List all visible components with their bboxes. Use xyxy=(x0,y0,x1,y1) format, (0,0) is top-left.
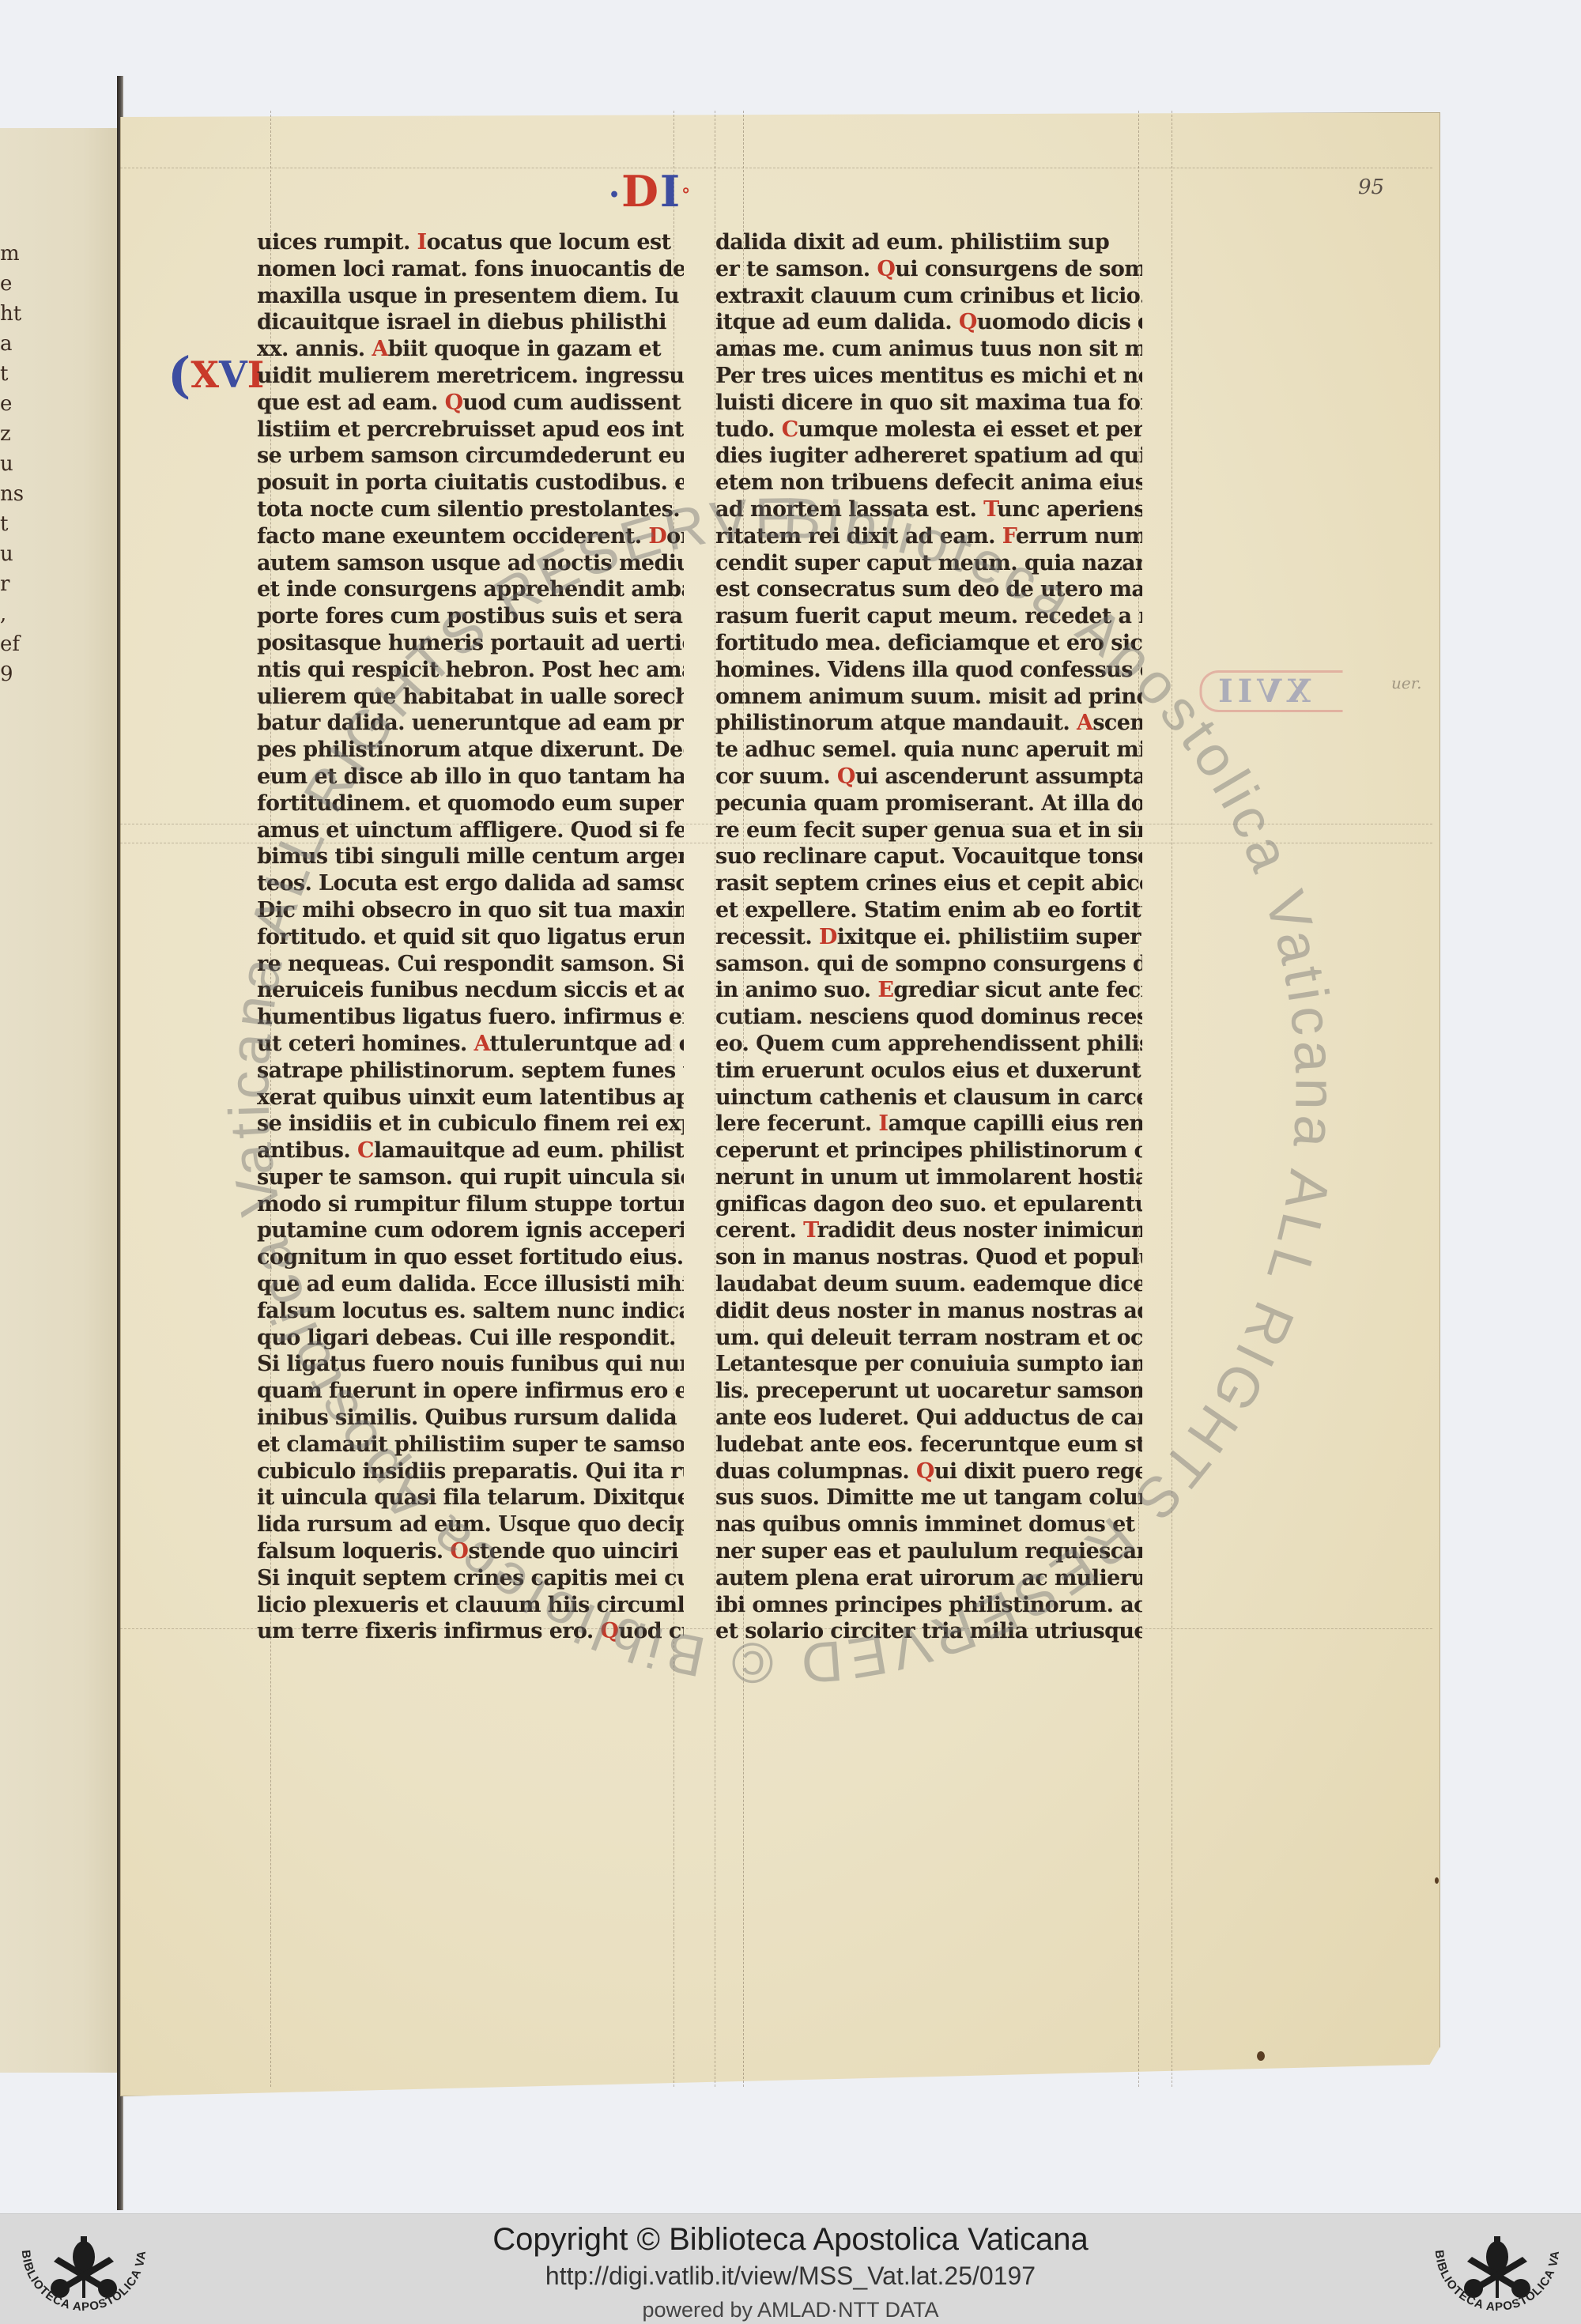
manuscript-line: positasque humeris portauit ad uerticem … xyxy=(257,630,684,657)
rubricated-initial: D xyxy=(648,524,666,549)
manuscript-line: antibus. Clamauitque ad eum. philistiim xyxy=(257,1137,684,1164)
chapter-numeral: V xyxy=(219,353,247,396)
rubricated-initial: Q xyxy=(837,764,855,789)
manuscript-line: Letantesque per conuiuia sumpto iam epu xyxy=(715,1351,1142,1378)
manuscript-line: nomen loci ramat. fons inuocantis de xyxy=(257,256,684,283)
manuscript-line: super te samson. qui rupit uincula sicut… xyxy=(257,1164,684,1191)
manuscript-line: Dic mihi obsecro in quo sit tua maxima xyxy=(257,897,684,924)
manuscript-line: quam fuerunt in opere infirmus ero et al… xyxy=(257,1378,684,1405)
manuscript-line: cor suum. Qui ascenderunt assumpta xyxy=(715,764,1142,790)
manuscript-line: re eum fecit super genua sua et in sinu xyxy=(715,817,1142,844)
ruling-line xyxy=(1172,111,1172,2087)
manuscript-line: re nequeas. Cui respondit samson. Si sep… xyxy=(257,951,684,978)
viewer-footer: BIBLIOTECA APOSTOLICA VATICANA Copyright… xyxy=(0,2213,1581,2324)
text-column-right: dalida dixit ad eum. philistiim super te… xyxy=(715,229,1142,1645)
manuscript-line: sus suos. Dimitte me ut tangam colump xyxy=(715,1485,1142,1511)
rubricated-initial: Q xyxy=(916,1459,934,1484)
permalink-url[interactable]: http://digi.vatlib.it/view/MSS_Vat.lat.2… xyxy=(0,2262,1581,2291)
manuscript-line: falsum loqueris. Ostende quo uinciri deb… xyxy=(257,1538,684,1565)
manuscript-line: que ad eum dalida. Ecce illusisti mihi e… xyxy=(257,1271,684,1298)
manuscript-line: fortitudo mea. deficiamque et ero sicut … xyxy=(715,630,1142,657)
papal-tiara-keys-icon xyxy=(1464,2236,1530,2298)
manuscript-line: lis. preceperunt ut uocaretur samson et xyxy=(715,1378,1142,1405)
manuscript-line: nas quibus omnis imminet domus et recli xyxy=(715,1511,1142,1538)
manuscript-line: nerunt in unum ut immolarent hostias ma xyxy=(715,1164,1142,1191)
manuscript-line: est consecratus sum deo de utero matris … xyxy=(715,576,1142,603)
manuscript-line: pecunia quam promiserant. At illa dormi xyxy=(715,790,1142,817)
manuscript-line: et expellere. Statim enim ab eo fortitud… xyxy=(715,897,1142,924)
manuscript-line: uidit mulierem meretricem. ingressus xyxy=(257,363,684,390)
ink-spot xyxy=(1257,2051,1265,2061)
manuscript-line: posuit in porta ciuitatis custodibus. et… xyxy=(257,470,684,496)
facing-page-edge: m e ht a t e z u ns t u r , ef 9 xyxy=(0,128,119,2073)
manuscript-line: cerent. Tradidit deus noster inimicum no… xyxy=(715,1217,1142,1244)
manuscript-line: autem plena erat uirorum ac mulierum. er… xyxy=(715,1565,1142,1592)
manuscript-line: fortitudinem. et quomodo eum superare ua… xyxy=(257,790,684,817)
manuscript-line: ut ceteri homines. Attuleruntque ad ea xyxy=(257,1031,684,1058)
manuscript-line: Si ligatus fuero nouis funibus qui num xyxy=(257,1351,684,1378)
rubricated-initial: C xyxy=(782,417,798,442)
manuscript-line: er te samson. Qui consurgens de sompno xyxy=(715,256,1142,283)
rubricated-initial: E xyxy=(877,978,893,1002)
manuscript-line: et clamauit philistiim super te samson i… xyxy=(257,1432,684,1458)
running-head-letter: D xyxy=(621,166,660,217)
manuscript-line: ner super eas et paululum requiescam. Do… xyxy=(715,1538,1142,1565)
manuscript-line: uinctum cathenis et clausum in carcere m… xyxy=(715,1085,1142,1111)
manuscript-line: ante eos luderet. Qui adductus de carcer… xyxy=(715,1405,1142,1432)
powered-by-text: powered by AMLAD·NTT DATA xyxy=(0,2298,1581,2322)
manuscript-line: quo ligari debeas. Cui ille respondit. xyxy=(257,1325,684,1352)
rubricated-initial: I xyxy=(878,1111,888,1136)
manuscript-line: et solario circiter tria milia utriusque… xyxy=(715,1618,1142,1645)
manuscript-line: ibi omnes principes philistinorum. ac de… xyxy=(715,1592,1142,1619)
manuscript-line: putamine cum odorem ignis acceperit. et … xyxy=(257,1217,684,1244)
manuscript-line: listiim et percrebruisset apud eos intra xyxy=(257,417,684,443)
manuscript-line: ritatem rei dixit ad eam. Ferrum numquam… xyxy=(715,523,1142,550)
copyright-text: Copyright © Biblioteca Apostolica Vatica… xyxy=(0,2222,1581,2258)
manuscript-line: autem samson usque ad noctis medium xyxy=(257,550,684,577)
manuscript-line: rasit septem crines eius et cepit abicer… xyxy=(715,870,1142,897)
manuscript-line: rasum fuerit caput meum. recedet a me xyxy=(715,603,1142,630)
vatican-library-logo: BIBLIOTECA APOSTOLICA VATICANA xyxy=(1418,2225,1576,2323)
rubricated-initial: Q xyxy=(445,390,463,415)
chapter-numeral: X xyxy=(191,353,219,396)
manuscript-line: philistinorum atque mandauit. Ascendit xyxy=(715,710,1142,737)
manuscript-line: lida rursum ad eum. Usque quo decipis me… xyxy=(257,1511,684,1538)
manuscript-line: Si inquit septem crines capitis mei cum xyxy=(257,1565,684,1592)
rubricated-initial: Q xyxy=(877,257,895,281)
manuscript-line: um. qui deleuit terram nostram et occidi… xyxy=(715,1325,1142,1352)
manuscript-line: laudabat deum suum. eademque dicebat. Tr… xyxy=(715,1271,1142,1298)
rubricated-initial: D xyxy=(819,925,837,949)
manuscript-line: ad mortem lassata est. Tunc aperiens ue xyxy=(715,496,1142,523)
manuscript-line: eum et disce ab illo in quo tantam habea… xyxy=(257,764,684,790)
manuscript-line: inibus similis. Quibus rursum dalida uin… xyxy=(257,1405,684,1432)
manuscript-line: ntis qui respicit hebron. Post hec amaui… xyxy=(257,657,684,684)
manuscript-line: Per tres uices mentitus es michi et no xyxy=(715,363,1142,390)
manuscript-line: omnem animum suum. misit ad principes xyxy=(715,684,1142,711)
manuscript-line: que est ad eam. Quod cum audissent phi xyxy=(257,390,684,417)
manuscript-line: bimus tibi singuli mille centum argen xyxy=(257,843,684,870)
manuscript-line: it uincula quasi fila telarum. Dixitque … xyxy=(257,1485,684,1511)
manuscript-line: recessit. Dixitque ei. philistiim super … xyxy=(715,924,1142,951)
manuscript-line: lere fecerunt. Iamque capilli eius renas… xyxy=(715,1111,1142,1137)
manuscript-line: dalida dixit ad eum. philistiim sup xyxy=(715,229,1142,256)
manuscript-line: ludebat ante eos. feceruntque eum stare … xyxy=(715,1432,1142,1458)
manuscript-line: amus et uinctum affligere. Quod si fecer… xyxy=(257,817,684,844)
rubricated-initial: I xyxy=(417,230,427,255)
manuscript-line: luisti dicere in quo sit maxima tua fort… xyxy=(715,390,1142,417)
manuscript-line: tota nocte cum silentio prestolantes. ut xyxy=(257,496,684,523)
rubricated-initial: T xyxy=(983,497,997,522)
manuscript-line: modo si rumpitur filum stuppe tortum xyxy=(257,1191,684,1218)
ink-spot xyxy=(1435,1877,1439,1884)
rubricated-initial: F xyxy=(1002,524,1016,549)
manuscript-line: cubiculo insidiis preparatis. Qui ita ru… xyxy=(257,1458,684,1485)
manuscript-line: falsum locutus es. saltem nunc indica mi… xyxy=(257,1298,684,1325)
manuscript-line: maxilla usque in presentem diem. Iu xyxy=(257,283,684,310)
manuscript-line: xx. annis. Abiit quoque in gazam et xyxy=(257,336,684,363)
manuscript-line: et inde consurgens apprehendit ambas xyxy=(257,576,684,603)
manuscript-line: neruiceis funibus necdum siccis et adhuc xyxy=(257,977,684,1004)
manuscript-line: etem non tribuens defecit anima eius et … xyxy=(715,470,1142,496)
margin-note: uer. xyxy=(1391,673,1421,692)
text-column-left: uices rumpit. Iocatus que locum estnomen… xyxy=(257,229,684,1645)
manuscript-line: homines. Videns illa quod confessus ei e… xyxy=(715,657,1142,684)
manuscript-line: eo. Quem cum apprehendissent philistiim … xyxy=(715,1031,1142,1058)
rubricated-initial: A xyxy=(372,337,387,361)
manuscript-line: duas columpnas. Qui dixit puero regenti … xyxy=(715,1458,1142,1485)
manuscript-line: humentibus ligatus fuero. infirmus ero xyxy=(257,1004,684,1031)
manuscript-line: pes philistinorum atque dixerunt. Decipe xyxy=(257,737,684,764)
showthrough-chapter-marker: XVII xyxy=(1200,670,1343,712)
manuscript-line: satrape philistinorum. septem funes ut d… xyxy=(257,1058,684,1085)
running-head: •DI° xyxy=(609,166,692,217)
chapter-marker-bracket: ( xyxy=(168,346,191,404)
manuscript-line: ceperunt et principes philistinorum conu… xyxy=(715,1137,1142,1164)
running-head-letter: I xyxy=(660,166,681,217)
manuscript-line: licio plexueris et clauum hiis circumlig… xyxy=(257,1592,684,1619)
manuscript-line: gnificas dagon deo suo. et epularentur d… xyxy=(715,1191,1142,1218)
manuscript-line: porte fores cum postibus suis et sera im xyxy=(257,603,684,630)
manuscript-line: tim eruerunt oculos eius et duxerunt gaz… xyxy=(715,1058,1142,1085)
rubricated-initial: A xyxy=(474,1032,490,1056)
manuscript-line: cendit super caput meum. quia nazareus i… xyxy=(715,550,1142,577)
manuscript-line: uices rumpit. Iocatus que locum est xyxy=(257,229,684,256)
facing-page-text: m e ht a t e z u ns t u r , ef 9 xyxy=(0,239,24,689)
manuscript-line: extraxit clauum cum crinibus et licio. D… xyxy=(715,283,1142,310)
ruling-line xyxy=(120,168,1432,168)
manuscript-line: suo reclinare caput. Vocauitque tonsorem… xyxy=(715,843,1142,870)
manuscript-line: um terre fixeris infirmus ero. Quod cum … xyxy=(257,1618,684,1645)
manuscript-line: dicauitque israel in diebus philisthi xyxy=(257,309,684,336)
rubricated-initial: Q xyxy=(600,1619,618,1643)
rubricated-initial: O xyxy=(450,1539,468,1564)
manuscript-line: son in manus nostras. Quod et populus ui… xyxy=(715,1244,1142,1271)
folio-number: 95 xyxy=(1358,175,1384,199)
manuscript-line: teos. Locuta est ergo dalida ad samson. xyxy=(257,870,684,897)
manuscript-line: didit deus noster in manus nostras aduer… xyxy=(715,1298,1142,1325)
manuscript-line: ulierem que habitabat in ualle sorech. e… xyxy=(257,684,684,711)
manuscript-line: fortitudo. et quid sit quo ligatus erump… xyxy=(257,924,684,951)
rubricated-initial: A xyxy=(1077,711,1092,735)
chapter-marker: (XVI xyxy=(168,346,264,404)
rubricated-initial: Q xyxy=(959,310,977,334)
manuscript-line: samson. qui de sompno consurgens dixit xyxy=(715,951,1142,978)
manuscript-line: in animo suo. Egrediar sicut ante feci e… xyxy=(715,977,1142,1004)
manuscript-line: itque ad eum dalida. Quomodo dicis quod xyxy=(715,309,1142,336)
rubricated-initial: C xyxy=(357,1138,374,1163)
running-head-dot: ° xyxy=(681,185,692,206)
manuscript-line: facto mane exeuntem occiderent. Dormiuit xyxy=(257,523,684,550)
manuscript-line: tudo. Cumque molesta ei esset et per mul… xyxy=(715,417,1142,443)
manuscript-line: batur dalida. ueneruntque ad eam princi xyxy=(257,710,684,737)
manuscript-line: te adhuc semel. quia nunc aperuit michi xyxy=(715,737,1142,764)
manuscript-line: xerat quibus uinxit eum latentibus apud xyxy=(257,1085,684,1111)
running-head-dot: • xyxy=(609,185,621,206)
manuscript-line: se urbem samson circumdederunt eum. xyxy=(257,443,684,470)
manuscript-line: cognitum in quo esset fortitudo eius. Di… xyxy=(257,1244,684,1271)
rubricated-initial: T xyxy=(803,1218,817,1243)
manuscript-line: se insidiis et in cubiculo finem rei exp… xyxy=(257,1111,684,1137)
manuscript-line: amas me. cum animus tuus non sit mecum. xyxy=(715,336,1142,363)
manuscript-line: dies iugiter adhereret spatium ad qui xyxy=(715,443,1142,470)
manuscript-line: cutiam. nesciens quod dominus recessisse… xyxy=(715,1004,1142,1031)
